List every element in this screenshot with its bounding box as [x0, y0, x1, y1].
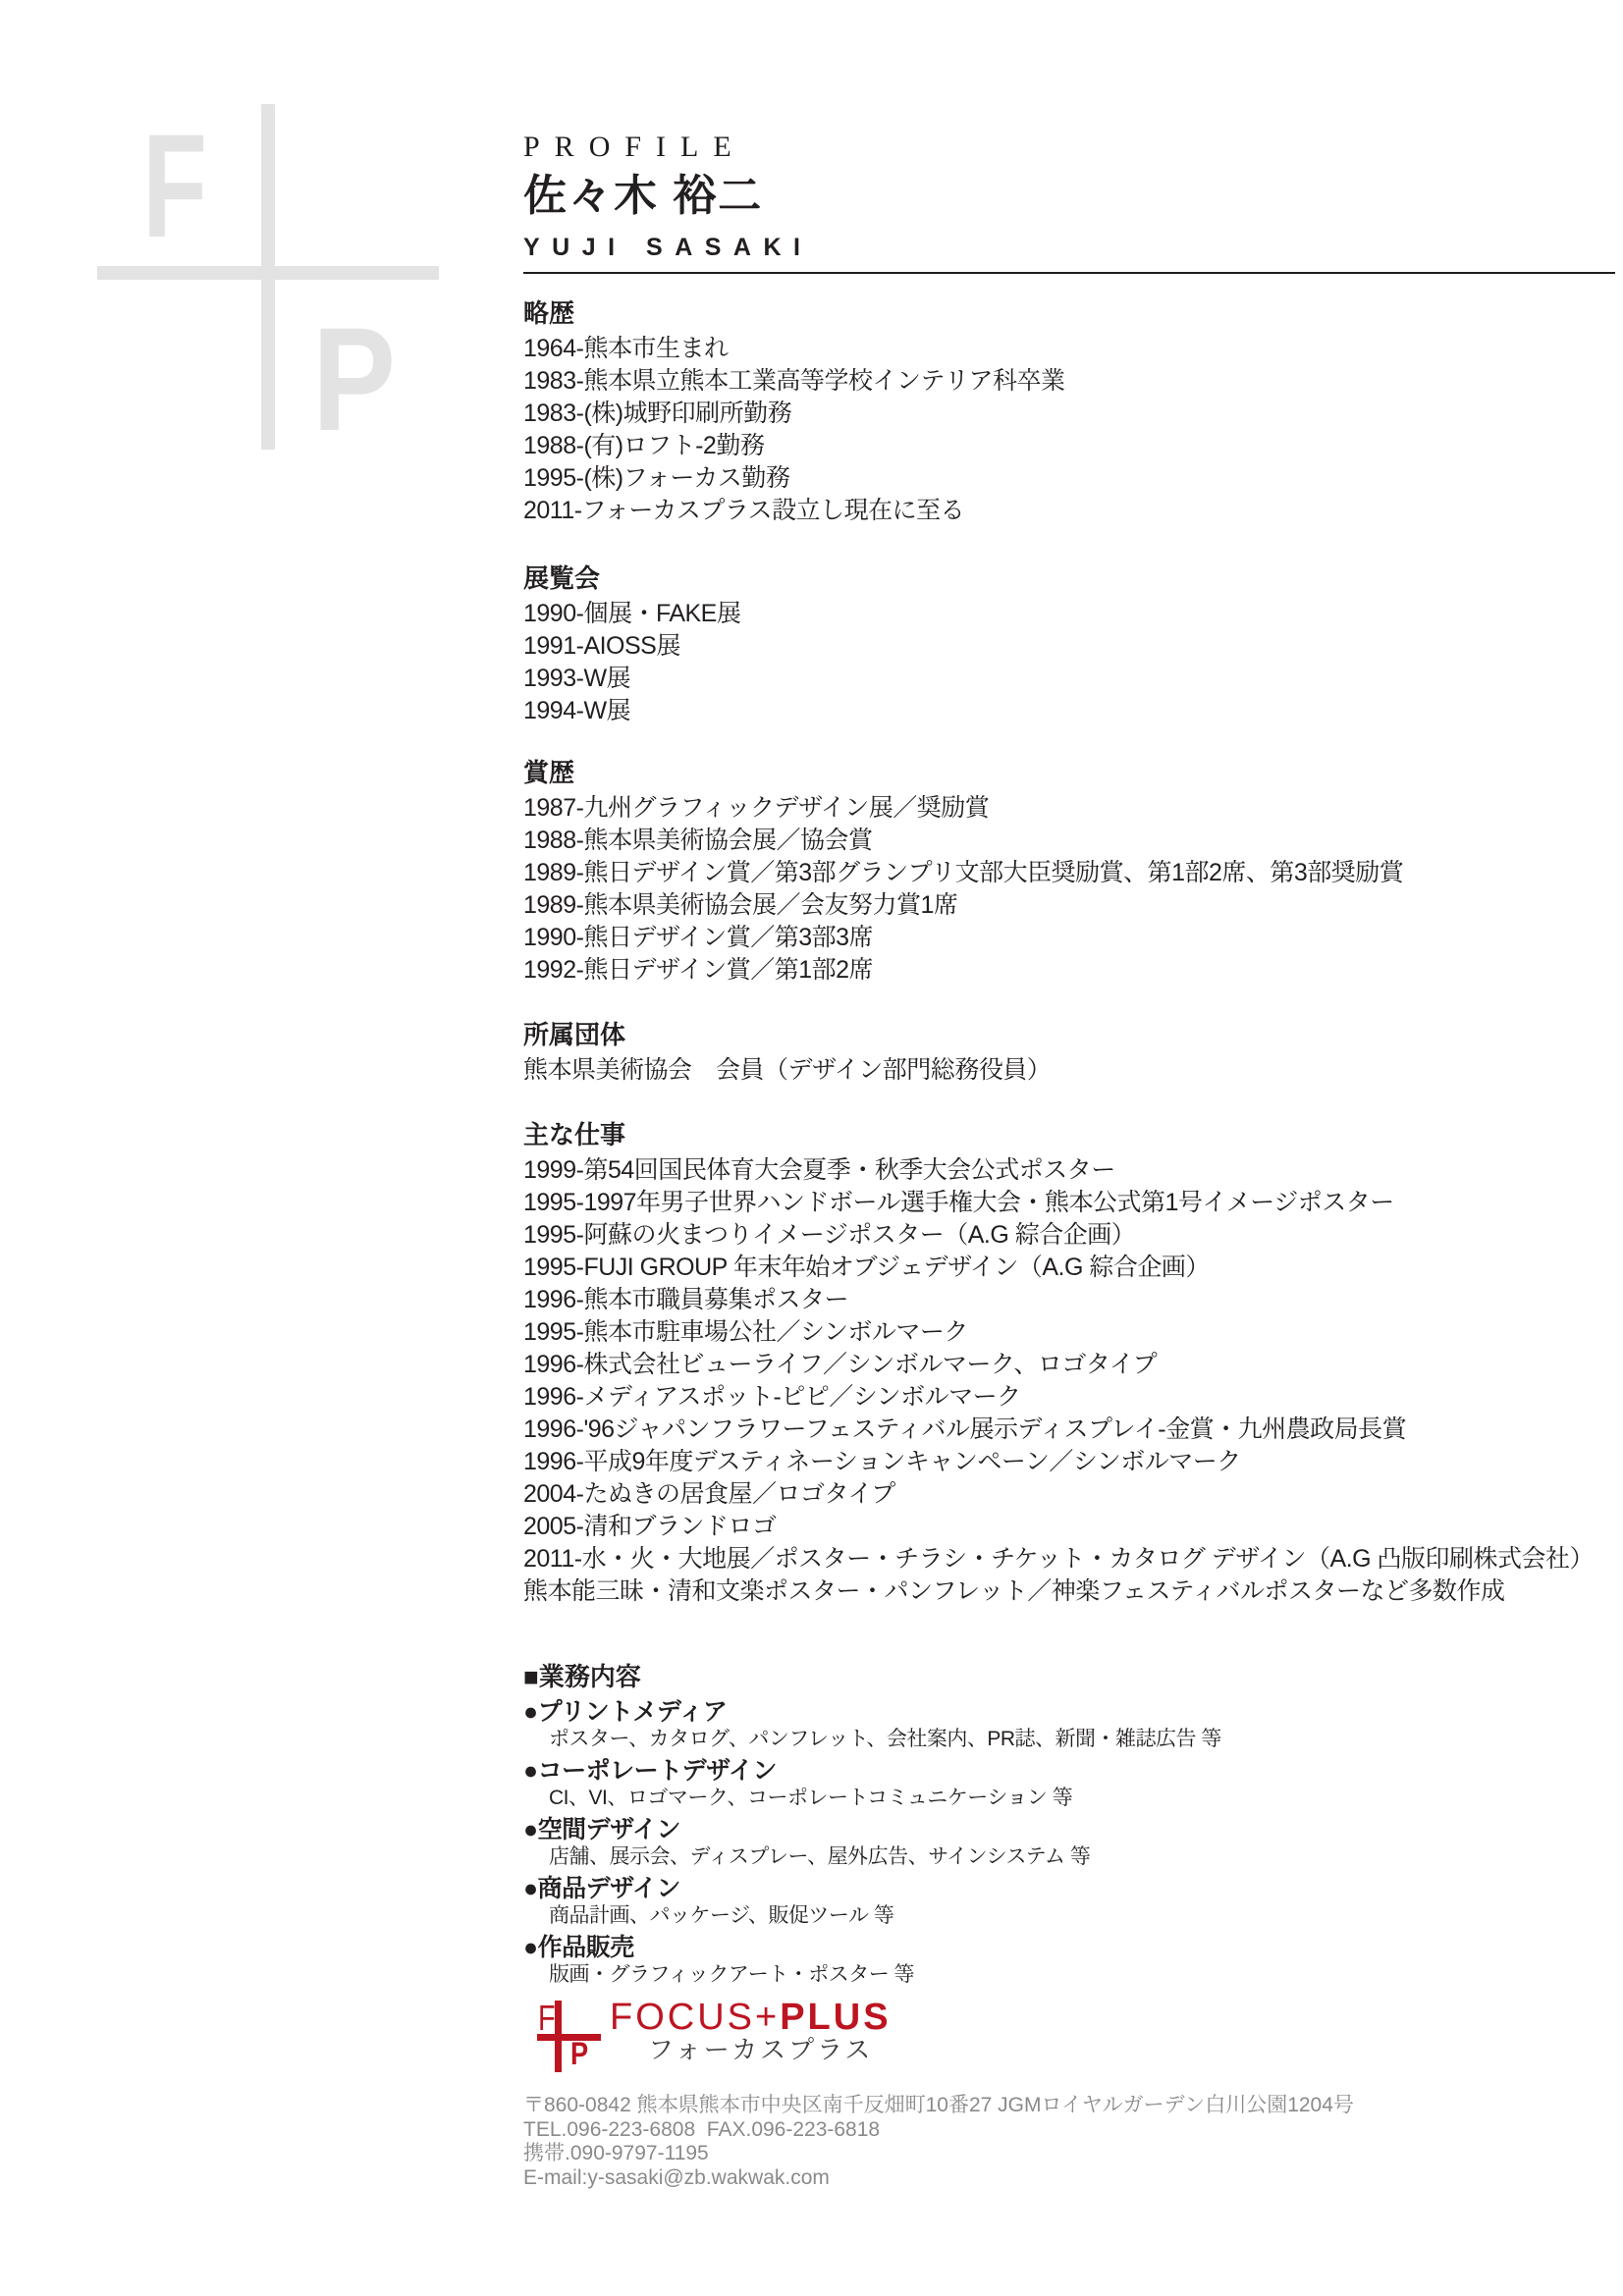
section-line: 1989-熊本県美術協会展／会友努力賞1席: [523, 889, 1615, 922]
person-name-roman: YUJI SASAKI: [523, 234, 1615, 261]
section-lines: 1990-個展・FAKE展1991-AIOSS展1993-W展1994-W展: [523, 598, 1615, 727]
section-line: 1995-FUJI GROUP 年末年始オブジェデザイン（A.G 綜合企画）: [523, 1252, 1615, 1284]
section-line: 1995-阿蘇の火まつりイメージポスター（A.G 綜合企画）: [523, 1219, 1615, 1252]
service-title: ●プリントメディア: [523, 1697, 1615, 1727]
service-detail: 版画・グラフィックアート・ポスター 等: [549, 1962, 1615, 1988]
service-item: ●コーポレートデザイン CI、VI、ロゴマーク、コーポレートコミュニケーション …: [523, 1756, 1615, 1811]
profile-label: PROFILE: [523, 131, 1615, 164]
service-title: ●コーポレートデザイン: [523, 1756, 1615, 1786]
service-title: ●商品デザイン: [523, 1874, 1615, 1903]
company-name-kana: フォーカスプラス: [648, 2036, 873, 2064]
section-line: 1989-熊日デザイン賞／第3部グランプリ文部大臣奨励賞、第1部2席、第3部奨励…: [523, 857, 1615, 889]
company-logo-letter-p: P: [570, 2038, 588, 2069]
section-line: 1995-1997年男子世界ハンドボール選手権大会・熊本公式第1号イメージポスタ…: [523, 1187, 1615, 1219]
section-heading: 主な仕事: [523, 1119, 1615, 1151]
header-divider: [523, 272, 1615, 274]
section-line: 熊本能三昧・清和文楽ポスター・パンフレット／神楽フェスティバルポスターなど多数作…: [523, 1575, 1615, 1608]
section-career: 略歴 1964-熊本市生まれ1983-熊本県立熊本工業高等学校インテリア科卒業1…: [523, 297, 1615, 527]
service-detail: CI、VI、ロゴマーク、コーポレートコミュニケーション 等: [549, 1786, 1615, 1811]
section-line: 1996-株式会社ビューライフ／シンボルマーク、ロゴタイプ: [523, 1349, 1615, 1381]
section-line: 1990-熊日デザイン賞／第3部3席: [523, 922, 1615, 954]
section-awards: 賞歴 1987-九州グラフィックデザイン展／奨励賞1988-熊本県美術協会展／協…: [523, 757, 1615, 987]
section-line: 1988-(有)ロフト-2勤務: [523, 430, 1615, 462]
section-line: 1996-'96ジャパンフラワーフェスティバル展示ディスプレイ-金賞・九州農政局…: [523, 1414, 1615, 1446]
wordmark-focus: FOCUS+: [610, 1997, 780, 2038]
company-logo-letter-f: F: [538, 2001, 556, 2036]
contact-address: 〒860-0842 熊本県熊本市中央区南千反畑町10番27 JGMロイヤルガーデ…: [523, 2094, 1603, 2118]
contact-mobile: 携帯.090-9797-1195: [523, 2142, 1603, 2166]
section-line: 1994-W展: [523, 695, 1615, 727]
section-line: 1988-熊本県美術協会展／協会賞: [523, 825, 1615, 857]
section-line: 1983-熊本県立熊本工業高等学校インテリア科卒業: [523, 365, 1615, 398]
section-main-works: 主な仕事 1999-第54回国民体育大会夏季・秋季大会公式ポスター1995-19…: [523, 1119, 1615, 1608]
section-line: 1996-平成9年度デスティネーションキャンペーン／シンボルマーク: [523, 1446, 1615, 1478]
service-title: ●作品販売: [523, 1933, 1615, 1962]
section-line: 2011-水・火・大地展／ポスター・チラシ・チケット・カタログ デザイン（A.G…: [523, 1543, 1615, 1575]
person-name: 佐々木 裕二: [523, 172, 1615, 221]
contact-tel-fax: TEL.096-223-6808 FAX.096-223-6818: [523, 2118, 1603, 2143]
watermark-cross-horizontal: [97, 266, 439, 280]
service-item: ●商品デザイン 商品計画、パッケージ、販促ツール 等: [523, 1874, 1615, 1929]
section-line: 1983-(株)城野印刷所勤務: [523, 398, 1615, 430]
section-line: 1964-熊本市生まれ: [523, 333, 1615, 365]
section-lines: 熊本県美術協会 会員（デザイン部門総務役員）: [523, 1054, 1615, 1087]
service-detail: 店舗、展示会、ディスプレー、屋外広告、サインシステム 等: [549, 1844, 1615, 1870]
section-line: 1991-AIOSS展: [523, 630, 1615, 663]
section-heading: 略歴: [523, 297, 1615, 330]
section-heading: 賞歴: [523, 757, 1615, 789]
section-line: 1995-(株)フォーカス勤務: [523, 462, 1615, 495]
section-lines: 1987-九州グラフィックデザイン展／奨励賞1988-熊本県美術協会展／協会賞1…: [523, 792, 1615, 987]
section-services: ■業務内容 ●プリントメディア ポスター、カタログ、パンフレット、会社案内、PR…: [523, 1661, 1615, 1988]
section-line: 1987-九州グラフィックデザイン展／奨励賞: [523, 792, 1615, 825]
section-heading: 所属団体: [523, 1019, 1615, 1051]
section-line: 熊本県美術協会 会員（デザイン部門総務役員）: [523, 1054, 1615, 1087]
header: PROFILE 佐々木 裕二 YUJI SASAKI: [523, 131, 1615, 274]
section-line: 1996-メディアスポット-ピピ／シンボルマーク: [523, 1381, 1615, 1414]
section-lines: 1999-第54回国民体育大会夏季・秋季大会公式ポスター1995-1997年男子…: [523, 1154, 1615, 1608]
section-exhibitions: 展覧会 1990-個展・FAKE展1991-AIOSS展1993-W展1994-…: [523, 562, 1615, 727]
service-item: ●空間デザイン 店舗、展示会、ディスプレー、屋外広告、サインシステム 等: [523, 1815, 1615, 1870]
watermark-letter-p: P: [312, 305, 396, 453]
section-line: 1993-W展: [523, 663, 1615, 695]
section-line: 2004-たぬきの居食屋／ロゴタイプ: [523, 1478, 1615, 1511]
section-line: 1992-熊日デザイン賞／第1部2席: [523, 954, 1615, 987]
section-line: 1996-熊本市職員募集ポスター: [523, 1284, 1615, 1316]
contact-email: E-mail:y-sasaki@zb.wakwak.com: [523, 2166, 1603, 2191]
section-heading: 展覧会: [523, 562, 1615, 595]
section-lines: 1964-熊本市生まれ1983-熊本県立熊本工業高等学校インテリア科卒業1983…: [523, 333, 1615, 527]
section-line: 1990-個展・FAKE展: [523, 598, 1615, 630]
profile-page: { "header": { "profile_label": "PROFILE"…: [0, 0, 1623, 2296]
section-line: 1995-熊本市駐車場公社／シンボルマーク: [523, 1316, 1615, 1349]
contact-block: 〒860-0842 熊本県熊本市中央区南千反畑町10番27 JGMロイヤルガーデ…: [523, 2094, 1603, 2190]
service-detail: ポスター、カタログ、パンフレット、会社案内、PR誌、新聞・雑誌広告 等: [549, 1727, 1615, 1752]
section-line: 1999-第54回国民体育大会夏季・秋季大会公式ポスター: [523, 1154, 1615, 1187]
section-line: 2011-フォーカスプラス設立し現在に至る: [523, 495, 1615, 527]
service-item: ●プリントメディア ポスター、カタログ、パンフレット、会社案内、PR誌、新聞・雑…: [523, 1697, 1615, 1752]
company-wordmark: FOCUS+PLUS: [610, 1999, 892, 2036]
service-title: ●空間デザイン: [523, 1815, 1615, 1844]
section-line: 2005-清和ブランドロゴ: [523, 1511, 1615, 1543]
watermark-letter-f: F: [142, 112, 207, 259]
service-item: ●作品販売 版画・グラフィックアート・ポスター 等: [523, 1933, 1615, 1988]
wordmark-plus: PLUS: [780, 1997, 891, 2038]
services-heading: ■業務内容: [523, 1661, 1615, 1693]
section-affiliations: 所属団体 熊本県美術協会 会員（デザイン部門総務役員）: [523, 1019, 1615, 1087]
services-list: ●プリントメディア ポスター、カタログ、パンフレット、会社案内、PR誌、新聞・雑…: [523, 1697, 1615, 1988]
service-detail: 商品計画、パッケージ、販促ツール 等: [549, 1903, 1615, 1929]
